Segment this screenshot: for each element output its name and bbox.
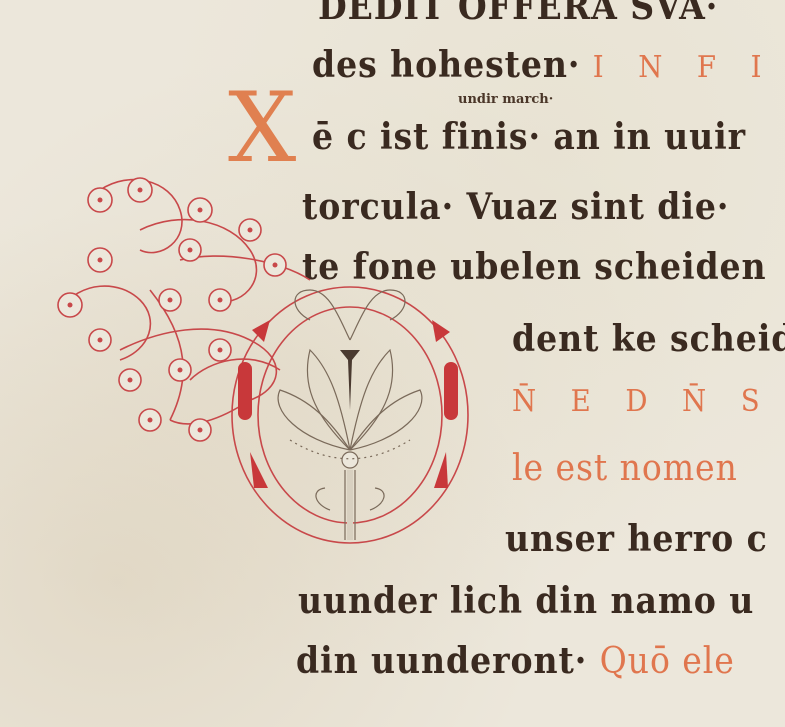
text-line-3: ē c ist finis· an in uuir — [312, 116, 746, 158]
red-initial-x: X — [228, 80, 296, 176]
text-line-11: din uunderont· Quō ele — [296, 640, 735, 682]
text-segment-rubric: Quō ele — [600, 641, 735, 682]
text-line-9: unser herro c — [505, 518, 768, 560]
text-segment-ink: din uunderont· — [296, 640, 587, 682]
text-line-8: le est nomen — [512, 448, 738, 489]
manuscript-page: DEDIT OFFERA SVA· des hohesten· I N F I … — [0, 0, 785, 727]
text-line-1: DEDIT OFFERA SVA· — [318, 0, 718, 28]
text-line-2: des hohesten· I N F I N E — [312, 44, 785, 86]
text-line-7: N̄ E D N̄ S N O — [512, 384, 785, 419]
text-segment-rubric: I N F I N E — [593, 50, 785, 85]
text-line-10: uunder lich din namo u — [298, 580, 754, 622]
decorated-initial-o — [40, 170, 480, 550]
text-line-6: dent ke scheid — [512, 318, 785, 360]
interlinear-gloss: undir march· — [458, 92, 553, 107]
text-segment-ink: des hohesten· — [312, 44, 580, 86]
